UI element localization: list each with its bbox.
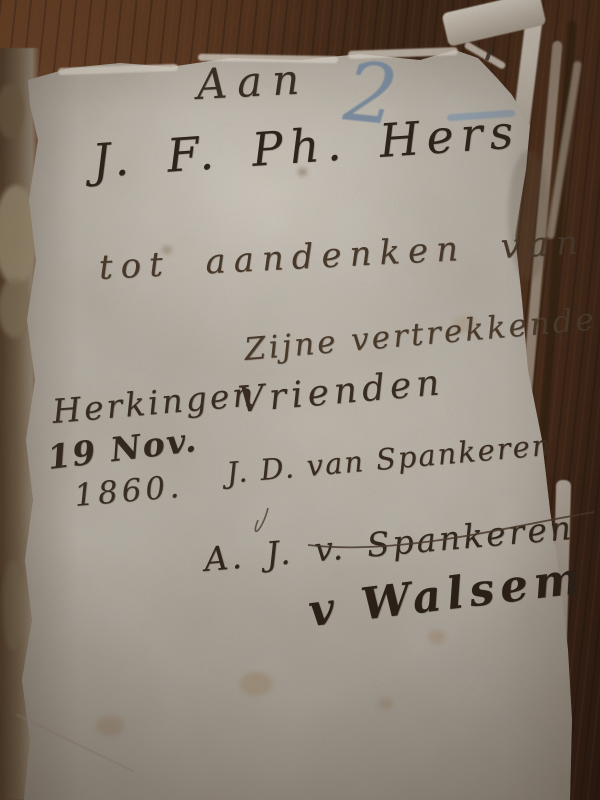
spine-fray: [2, 560, 24, 650]
paper-stain: [96, 716, 124, 736]
paper-stain: [378, 698, 393, 709]
inscription-aan: Aan: [195, 54, 310, 109]
paper-stain: [428, 630, 446, 644]
photo-book-flyleaf: Aan 2 J. F. Ph. Hers tot aandenken van Z…: [0, 0, 600, 800]
paper-stain: [240, 672, 272, 696]
